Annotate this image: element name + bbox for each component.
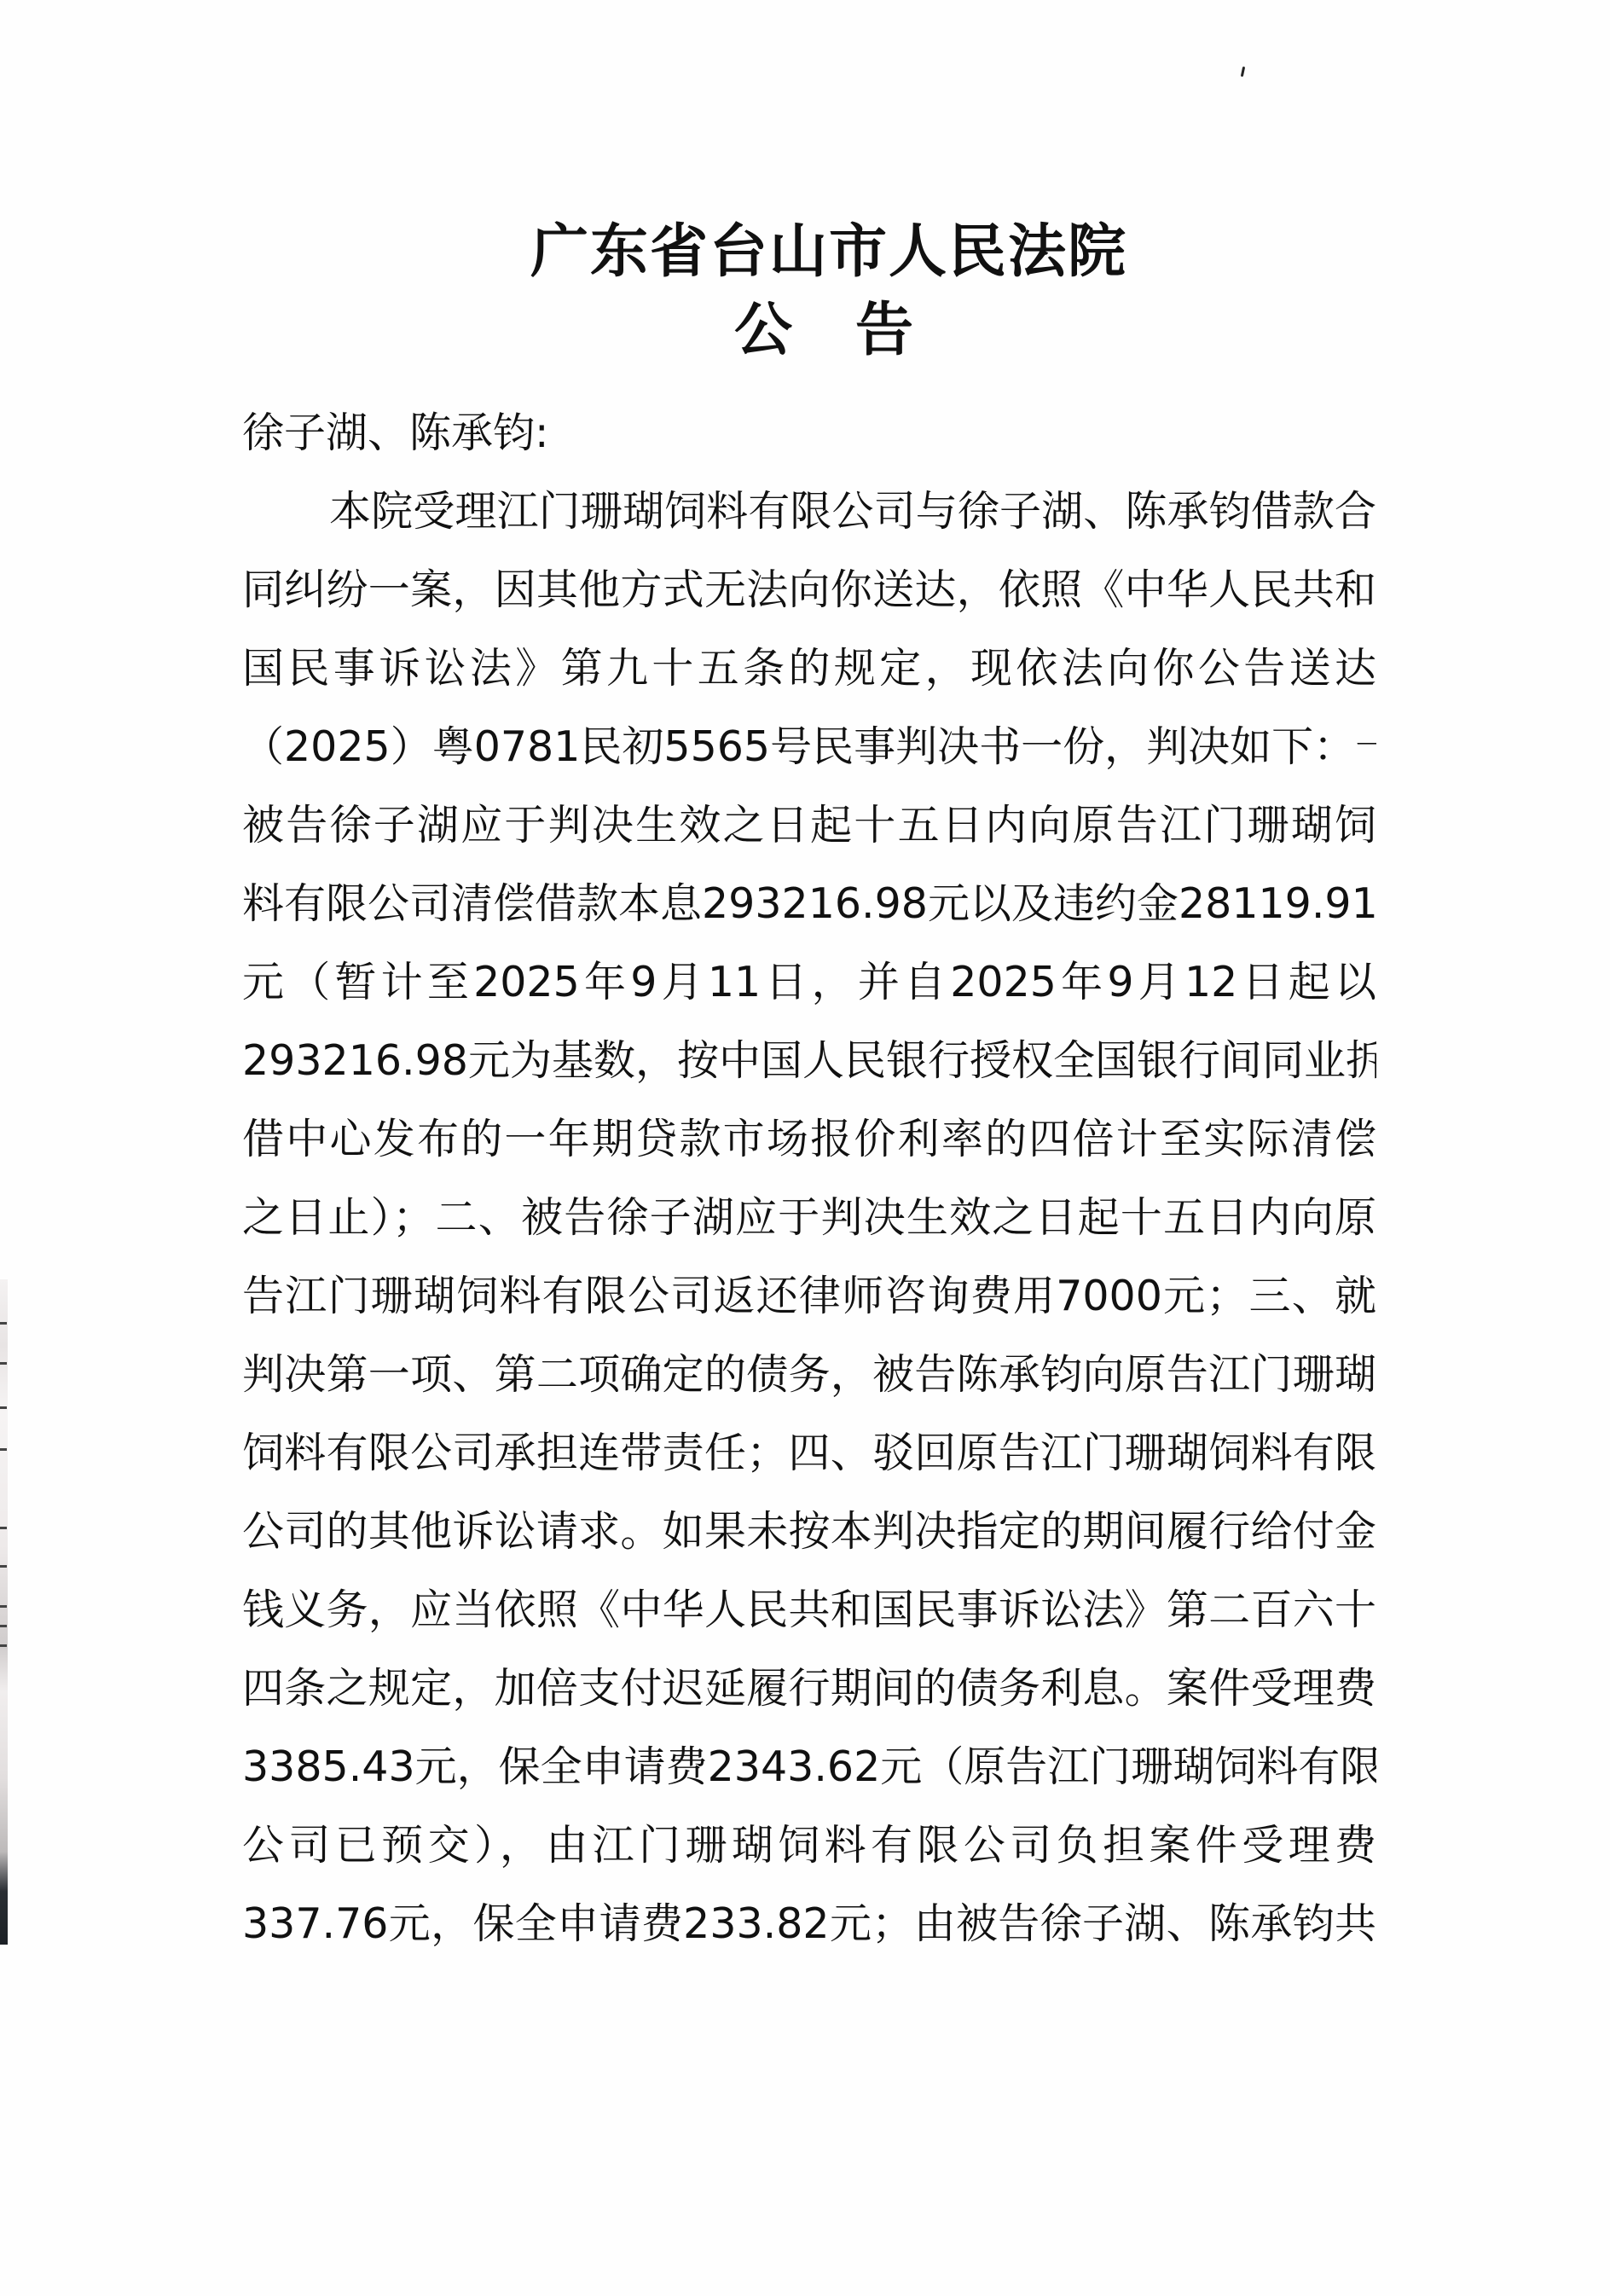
notice-body: 徐子湖、陈承钧: 本院受理江门珊瑚饲料有限公司与徐子湖、陈承钧借款合 同纠纷一案…	[242, 394, 1376, 1963]
body-line: 料有限公司清偿借款本息293216.98元以及违约金28119.91	[242, 865, 1376, 943]
body-line: （2025）粤0781民初5565号民事判决书一份，判决如下：一、	[242, 708, 1376, 786]
scan-edge-mark	[0, 1362, 7, 1365]
scan-edge-mark	[0, 1322, 7, 1325]
scan-edge-mark	[0, 1448, 7, 1451]
scanned-page: 广东省台山市人民法院 公告 徐子湖、陈承钧: 本院受理江门珊瑚饲料有限公司与徐子…	[0, 0, 1610, 2296]
addressee-line: 徐子湖、陈承钧:	[242, 394, 1376, 473]
body-line: 借中心发布的一年期贷款市场报价利率的四倍计至实际清偿	[242, 1100, 1376, 1179]
body-line: 被告徐子湖应于判决生效之日起十五日内向原告江门珊瑚饲	[242, 786, 1376, 865]
body-line: 国民事诉讼法》第九十五条的规定，现依法向你公告送达	[242, 629, 1376, 708]
court-name-heading: 广东省台山市人民法院	[0, 217, 1610, 288]
scan-edge-mark	[0, 1625, 7, 1627]
body-line: 之日止）；二、被告徐子湖应于判决生效之日起十五日内向原	[242, 1179, 1376, 1257]
body-line: 钱义务，应当依照《中华人民共和国民事诉讼法》第二百六十	[242, 1571, 1376, 1650]
scan-edge-mark	[0, 1605, 7, 1608]
body-line: 四条之规定，加倍支付迟延履行期间的债务利息。案件受理费	[242, 1650, 1376, 1728]
body-line: 337.76元，保全申请费233.82元；由被告徐子湖、陈承钧共	[242, 1885, 1376, 1963]
body-line: 元（暂计至2025年9月11日，并自2025年9月12日起以	[242, 943, 1376, 1022]
body-line: 本院受理江门珊瑚饲料有限公司与徐子湖、陈承钧借款合	[242, 473, 1376, 551]
scan-edge-mark	[0, 1527, 7, 1529]
scan-edge-mark	[0, 1406, 7, 1409]
body-line: 同纠纷一案，因其他方式无法向你送达，依照《中华人民共和	[242, 551, 1376, 629]
body-line: 3385.43元，保全申请费2343.62元（原告江门珊瑚饲料有限	[242, 1728, 1376, 1806]
scan-edge-artifact	[0, 1279, 8, 1945]
body-line: 公司已预交），由江门珊瑚饲料有限公司负担案件受理费	[242, 1806, 1376, 1885]
body-line: 判决第一项、第二项确定的债务，被告陈承钧向原告江门珊瑚	[242, 1336, 1376, 1414]
notice-heading: 公告	[0, 295, 1610, 367]
scan-speck	[1241, 67, 1245, 77]
scan-edge-mark	[0, 1565, 7, 1568]
body-line: 告江门珊瑚饲料有限公司返还律师咨询费用7000元；三、就	[242, 1257, 1376, 1336]
body-line: 293216.98元为基数，按中国人民银行授权全国银行间同业拆	[242, 1022, 1376, 1100]
body-line: 饲料有限公司承担连带责任；四、驳回原告江门珊瑚饲料有限	[242, 1414, 1376, 1493]
body-line: 公司的其他诉讼请求。如果未按本判决指定的期间履行给付金	[242, 1493, 1376, 1571]
scan-edge-mark	[0, 1644, 7, 1647]
